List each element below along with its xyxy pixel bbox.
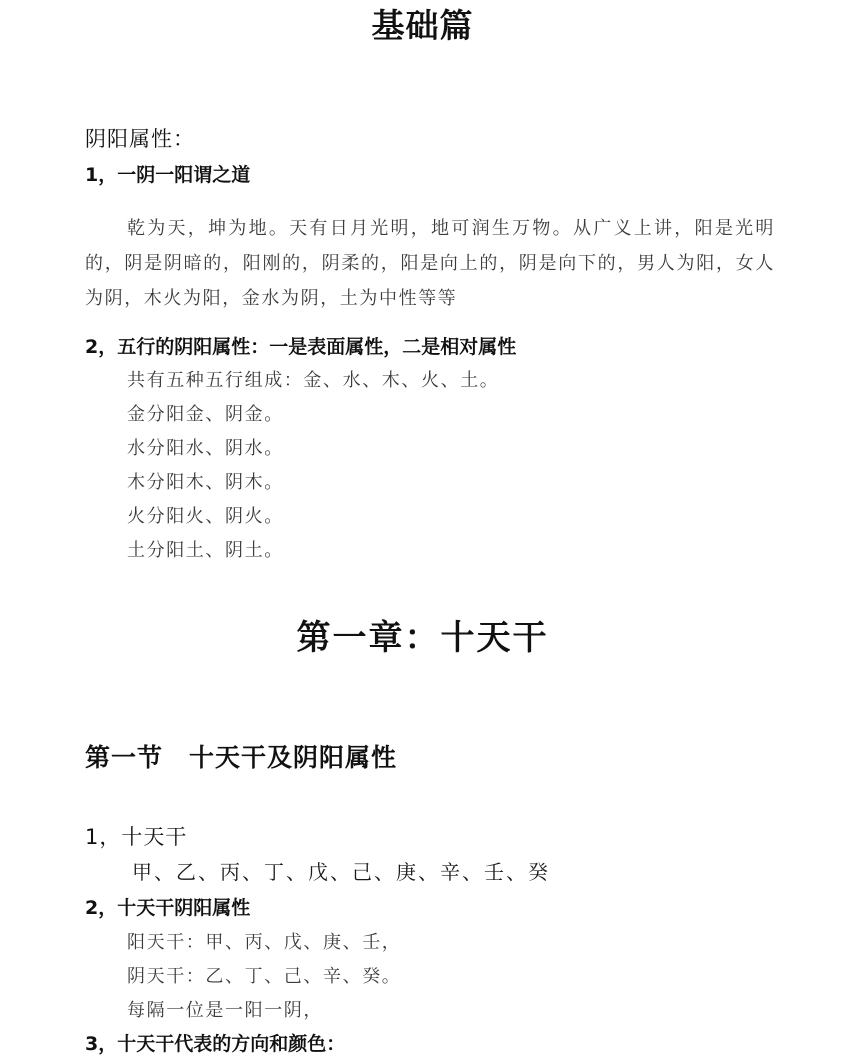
text-line: 火分阳火、阴火。 [127,500,284,534]
text-line: 水分阳水、阴水。 [127,432,284,466]
item-heading-2: 2，五行的阴阳属性：一是表面属性，二是相对属性 [85,332,516,362]
document-title: 基础篇 [0,2,845,50]
item-heading-direction-color: 3，十天干代表的方向和颜色： [85,1029,345,1059]
text-line: 金分阳金、阴金。 [127,398,284,432]
item-heading-stems: 1，十天干 [85,822,187,852]
text-line: 阴天干：乙、丁、己、辛、癸。 [127,960,401,994]
paragraph-yinyang: 乾为天，坤为地。天有日月光明，地可润生万物。从广义上讲，阳是光明的，阴是阴暗的，… [85,211,775,316]
text-line: 阳天干：甲、丙、戊、庚、壬， [127,926,401,960]
section-heading-yinyang: 阴阳属性： [85,124,195,154]
text-line: 土分阳土、阴土。 [127,534,284,568]
text-line: 每隔一位是一阳一阴， [127,994,323,1028]
item-heading-1: 1，一阴一阳谓之道 [85,160,250,190]
heavenly-stems-list: 甲、乙、丙、丁、戊、己、庚、辛、壬、癸 [132,856,550,888]
text-line: 共有五种五行组成：金、水、木、火、土。 [127,364,499,398]
document-page: 基础篇 阴阳属性： 1，一阴一阳谓之道 乾为天，坤为地。天有日月光明，地可润生万… [0,0,845,1061]
chapter-title: 第一章：十天干 [0,612,845,664]
item-heading-stems-yinyang: 2，十天干阴阳属性 [85,893,250,923]
text-line: 木分阳木、阴木。 [127,466,284,500]
section-title: 第一节 十天干及阴阳属性 [85,738,397,778]
